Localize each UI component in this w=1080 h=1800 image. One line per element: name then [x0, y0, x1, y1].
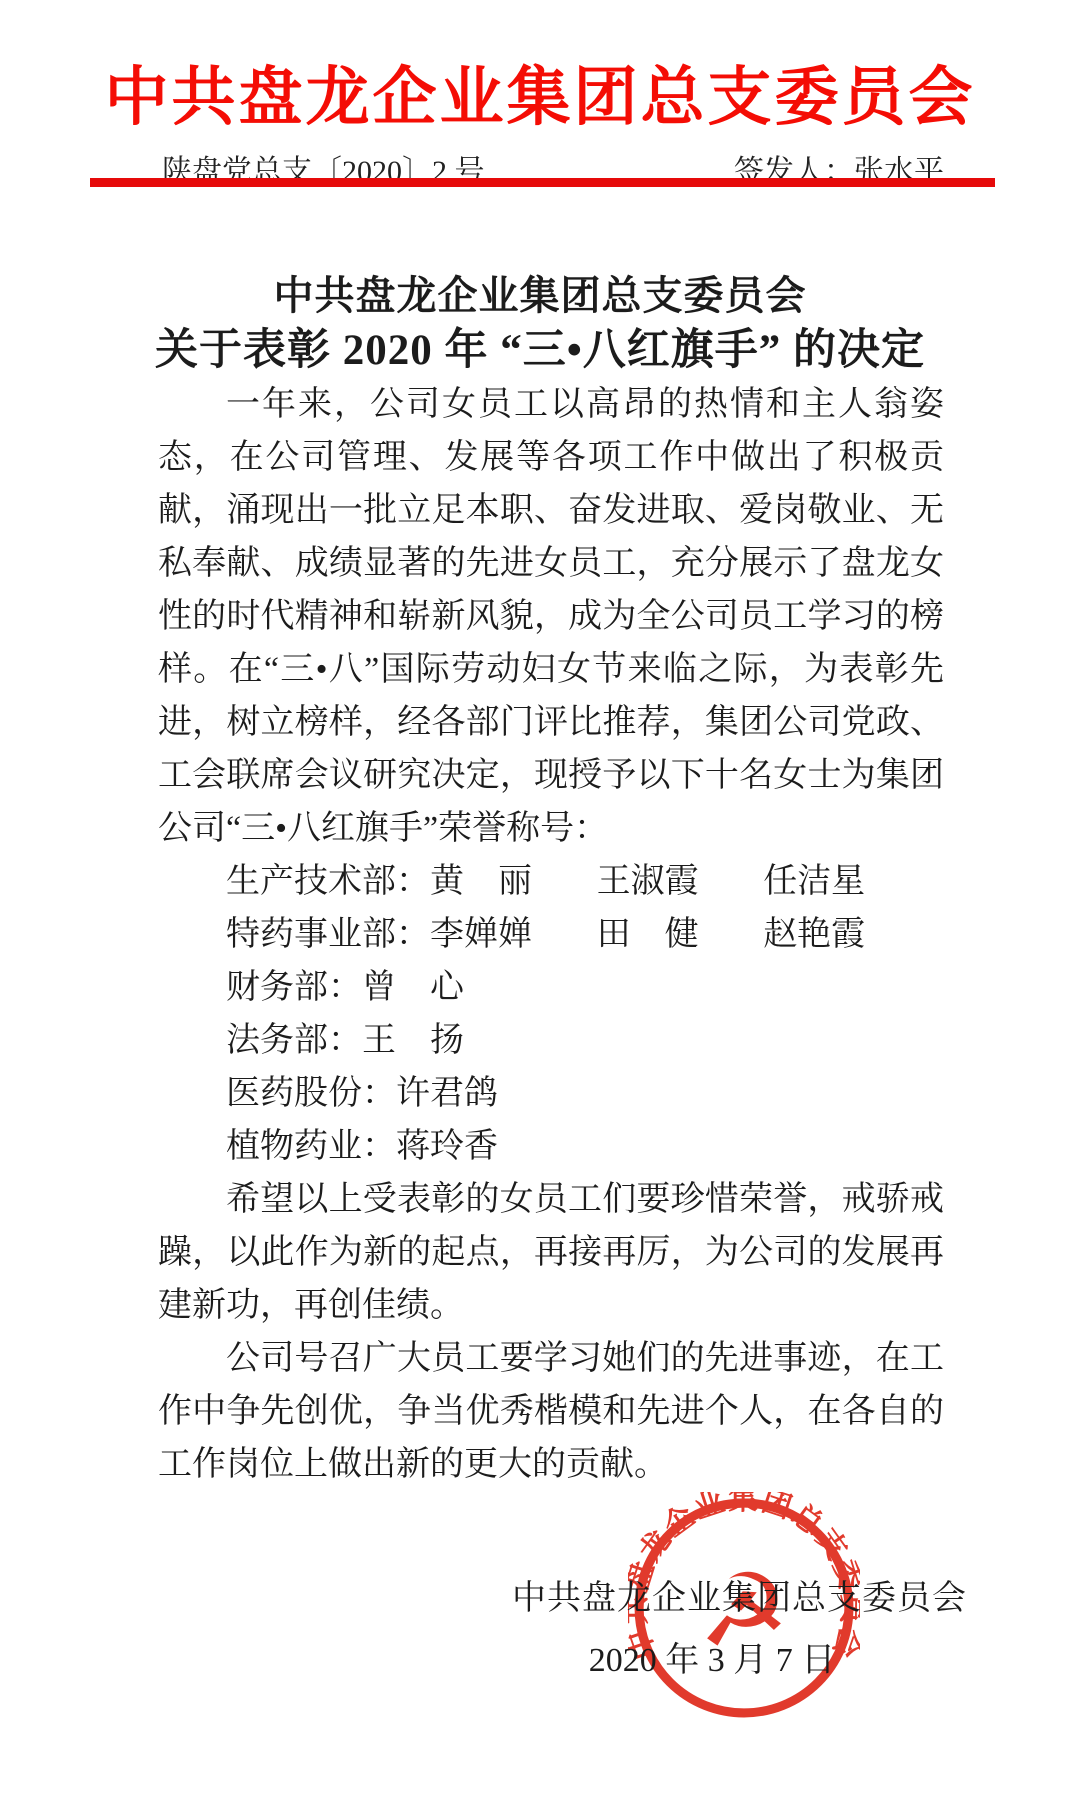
paragraph-intro: 一年来，公司女员工以高昂的热情和主人翁姿态，在公司管理、发展等各项工作中做出了积…	[158, 378, 944, 855]
awardee-dept-label: 法务部：	[226, 1022, 362, 1059]
awardee-name: 赵艳霞	[763, 916, 865, 953]
paragraph-hope: 希望以上受表彰的女员工们要珍惜荣誉，戒骄戒躁，以此作为新的起点，再接再厉，为公司…	[158, 1173, 944, 1332]
awardee-dept-label: 特药事业部：	[226, 916, 430, 953]
awardee-row: 植物药业：蒋玲香	[158, 1120, 944, 1173]
awardee-row: 医药股份：许君鸽	[158, 1067, 944, 1120]
official-document-page: 中共盘龙企业集团总支委员会 陕盘党总支〔2020〕2 号 签发人：张水平 中共盘…	[0, 0, 1080, 1800]
awardee-names: 李婵婵田 健赵艳霞	[430, 916, 865, 953]
awardee-names: 曾 心	[362, 969, 464, 1006]
awardee-dept-label: 财务部：	[226, 969, 362, 1006]
awardee-name: 许君鸽	[396, 1075, 498, 1112]
signature-org: 中共盘龙企业集团总支委员会	[512, 1570, 952, 1619]
awardee-name: 李婵婵	[430, 916, 532, 953]
awardee-name: 任洁星	[763, 863, 865, 900]
doc-title-line1: 中共盘龙企业集团总支委员会	[0, 264, 1080, 321]
doc-title-line2: 关于表彰 2020 年 “三•八红旗手” 的决定	[0, 316, 1080, 377]
awardee-row: 特药事业部：李婵婵田 健赵艳霞	[158, 908, 944, 961]
letterhead-org-title: 中共盘龙企业集团总支委员会	[0, 46, 1080, 138]
document-body: 一年来，公司女员工以高昂的热情和主人翁姿态，在公司管理、发展等各项工作中做出了积…	[158, 378, 944, 1491]
awardee-names: 王 扬	[362, 1022, 464, 1059]
awardee-name: 王 扬	[362, 1022, 464, 1059]
awardee-row: 法务部：王 扬	[158, 1014, 944, 1067]
red-separator-rule	[90, 178, 995, 187]
awardee-name: 曾 心	[362, 969, 464, 1006]
awardee-row: 财务部：曾 心	[158, 961, 944, 1014]
awardee-list: 生产技术部：黄 丽王淑霞任洁星 特药事业部：李婵婵田 健赵艳霞 财务部：曾 心 …	[158, 855, 944, 1173]
awardee-dept-label: 植物药业：	[226, 1128, 396, 1165]
signature-date: 2020 年 3 月 7 日	[512, 1632, 912, 1681]
awardee-name: 黄 丽	[430, 863, 532, 900]
awardee-name: 蒋玲香	[396, 1128, 498, 1165]
awardee-dept-label: 生产技术部：	[226, 863, 430, 900]
awardee-row: 生产技术部：黄 丽王淑霞任洁星	[158, 855, 944, 908]
awardee-names: 黄 丽王淑霞任洁星	[430, 863, 865, 900]
awardee-names: 许君鸽	[396, 1075, 498, 1112]
paragraph-callout: 公司号召广大员工要学习她们的先进事迹，在工作中争先创优，争当优秀楷模和先进个人，…	[158, 1332, 944, 1491]
awardee-names: 蒋玲香	[396, 1128, 498, 1165]
awardee-dept-label: 医药股份：	[226, 1075, 396, 1112]
awardee-name: 王淑霞	[597, 863, 699, 900]
awardee-name: 田 健	[597, 916, 699, 953]
